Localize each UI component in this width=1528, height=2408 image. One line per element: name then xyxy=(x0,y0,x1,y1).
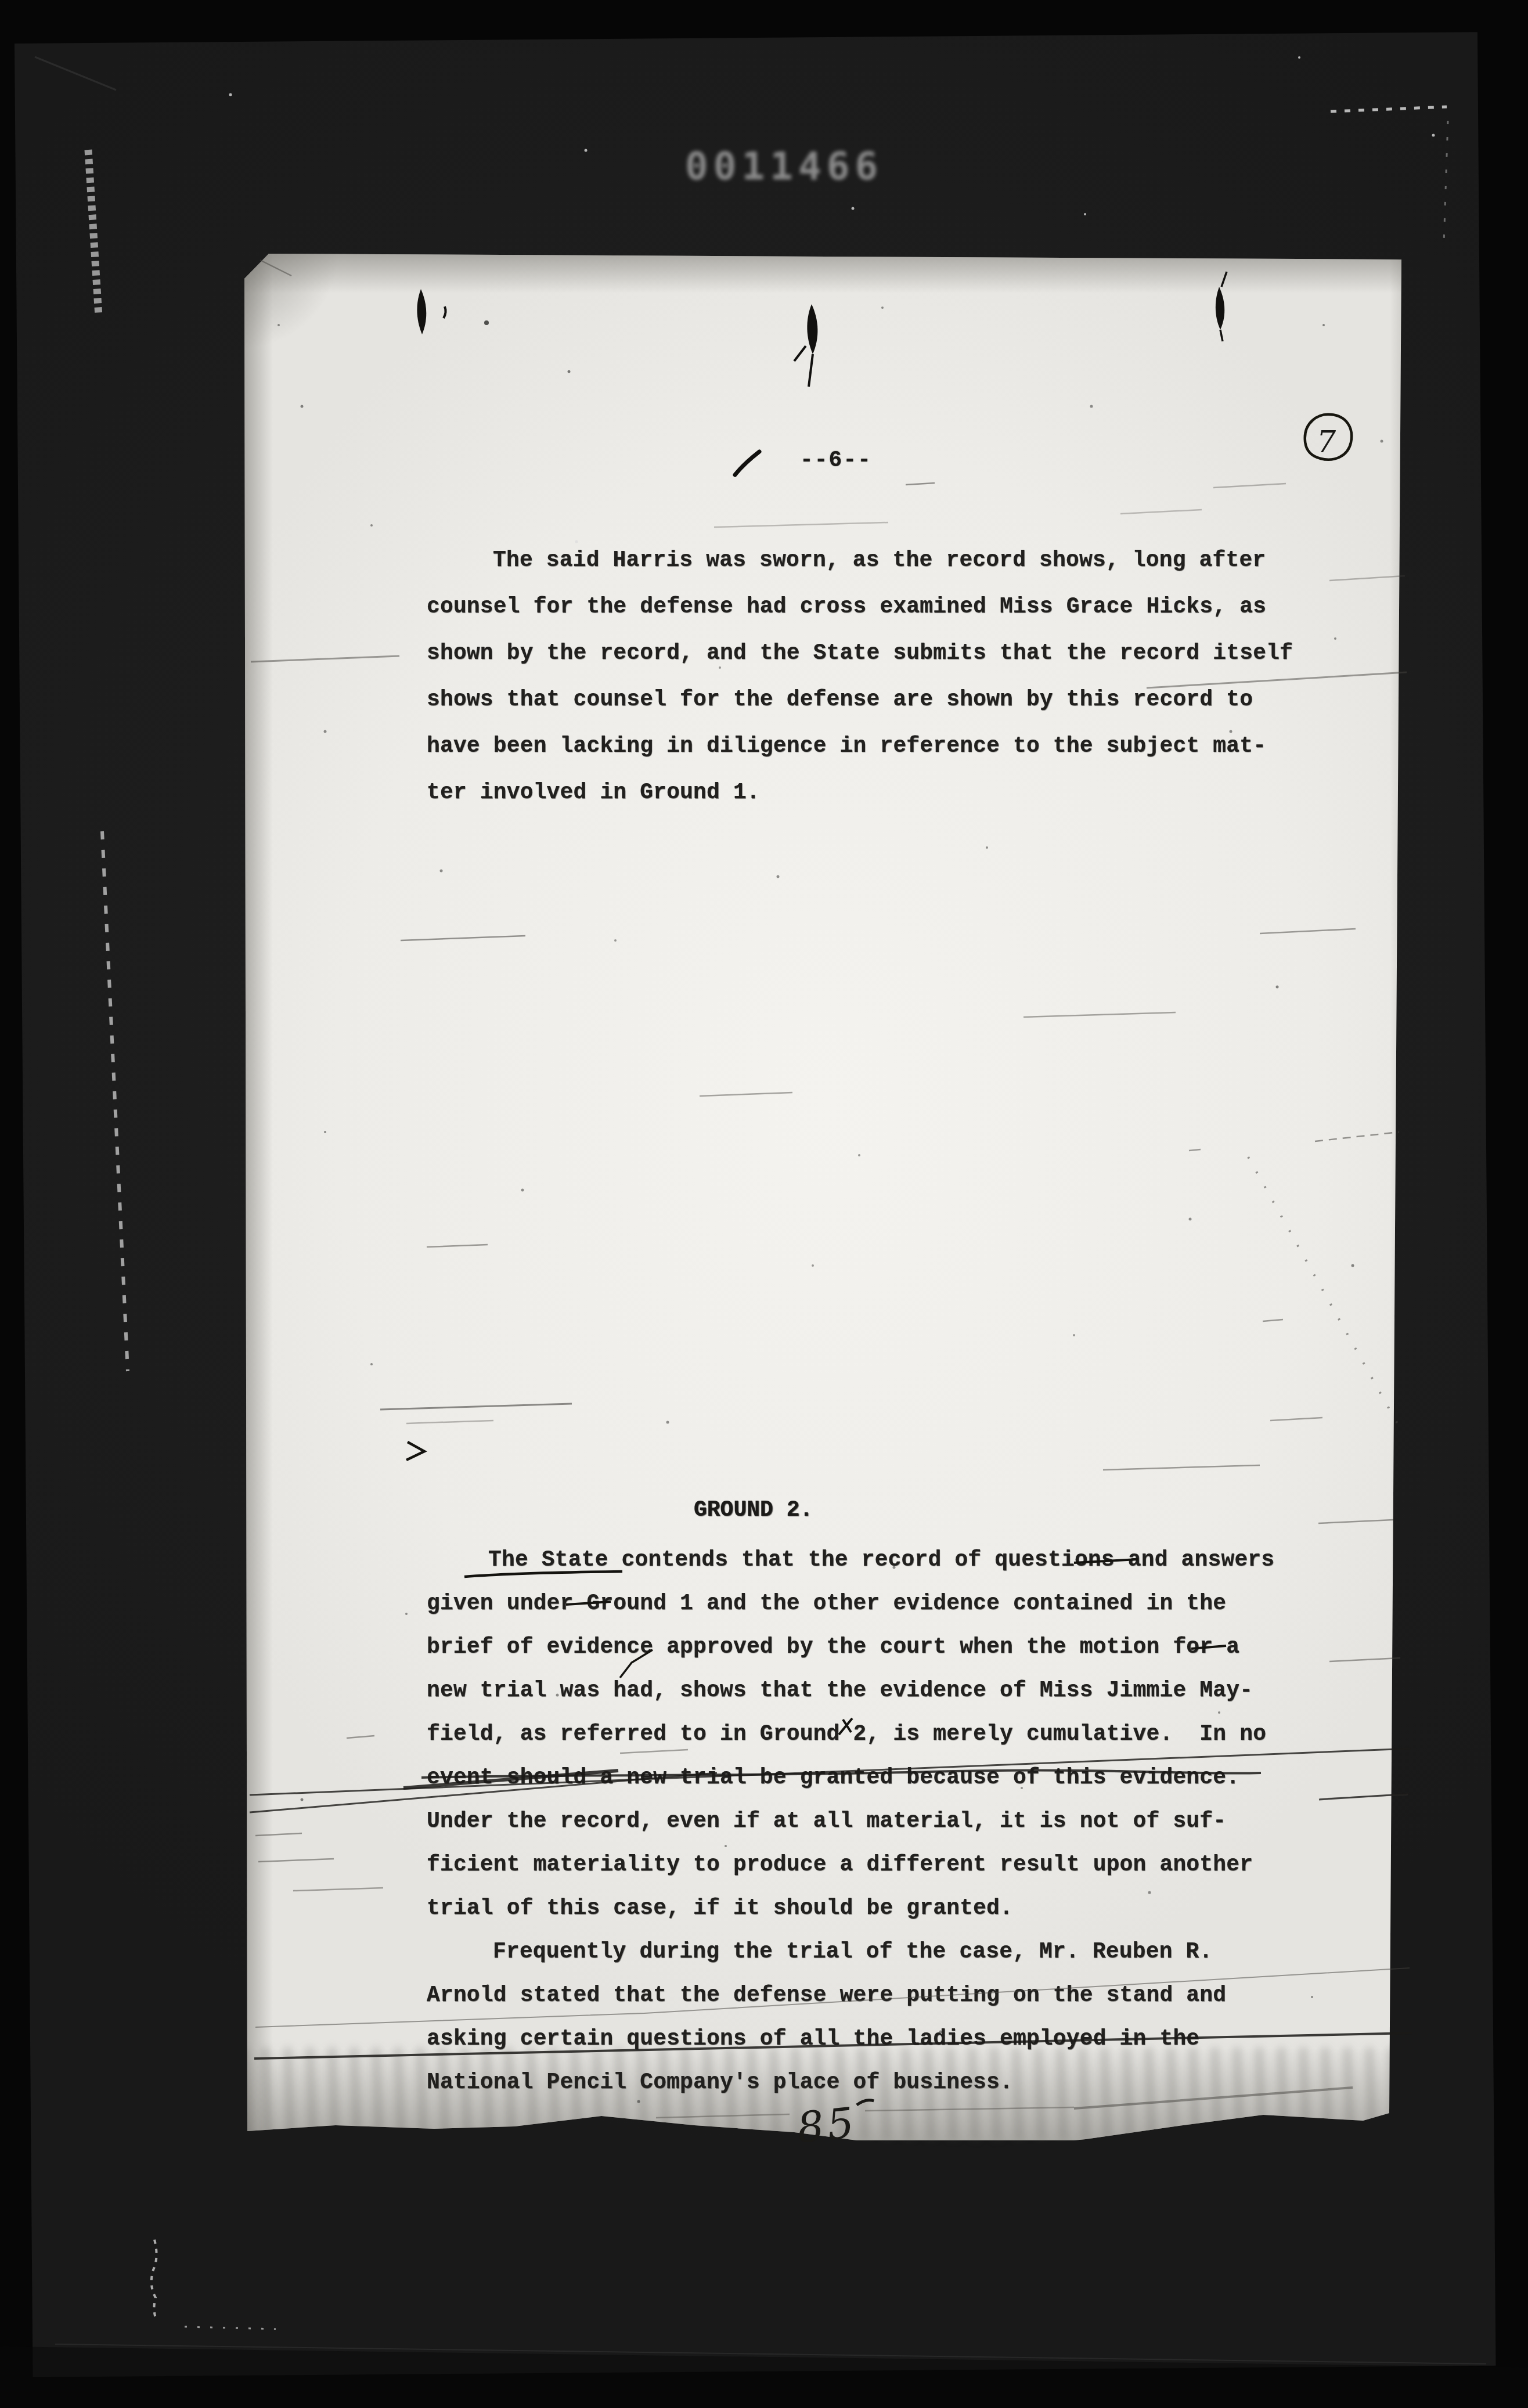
microfilm-scan: 0011466 --6-- GROUND 2. The said Harris … xyxy=(0,0,1528,2408)
paper-scratch-lines xyxy=(251,260,1410,2118)
footer-number: 85 xyxy=(795,2097,860,2152)
pen-strike-lines xyxy=(250,1749,1412,2059)
pen-chevron xyxy=(406,1442,424,1460)
paper-speckles xyxy=(278,307,1383,2103)
pen-dash xyxy=(1074,1559,1138,1563)
ink-mark-middle-tail xyxy=(794,346,813,387)
pen-checkmark xyxy=(620,1650,653,1678)
annotation-overlay: 7 xyxy=(0,0,1528,2408)
ink-tick xyxy=(444,307,446,318)
circled-number: 7 xyxy=(1317,425,1336,460)
footer-swash xyxy=(856,2100,874,2105)
film-scratch xyxy=(1331,107,1447,111)
ink-mark-middle xyxy=(807,304,817,354)
film-scratch-artifacts xyxy=(0,56,1528,2408)
pen-underline-the-state xyxy=(464,1571,622,1577)
film-specks xyxy=(229,56,1435,543)
ink-mark-left xyxy=(417,289,426,334)
ink-mark-right xyxy=(1216,287,1224,330)
pen-dash xyxy=(1191,1646,1226,1649)
film-scratch xyxy=(152,2240,157,2321)
pen-slash xyxy=(735,452,759,475)
ink-annotations: 7 xyxy=(250,272,1412,2153)
handwritten-footer: 85 xyxy=(795,2096,878,2153)
pen-mark-ground2 xyxy=(839,1718,852,1735)
film-scratch xyxy=(102,831,128,1371)
film-scratch xyxy=(88,150,99,316)
film-frame-bottom-band xyxy=(0,2346,1528,2408)
film-scratch xyxy=(35,57,116,90)
film-scratch xyxy=(185,2327,276,2329)
circled-page-annotation: 7 xyxy=(1305,414,1352,460)
film-scratch xyxy=(1444,121,1448,244)
pen-dash xyxy=(566,1602,611,1605)
